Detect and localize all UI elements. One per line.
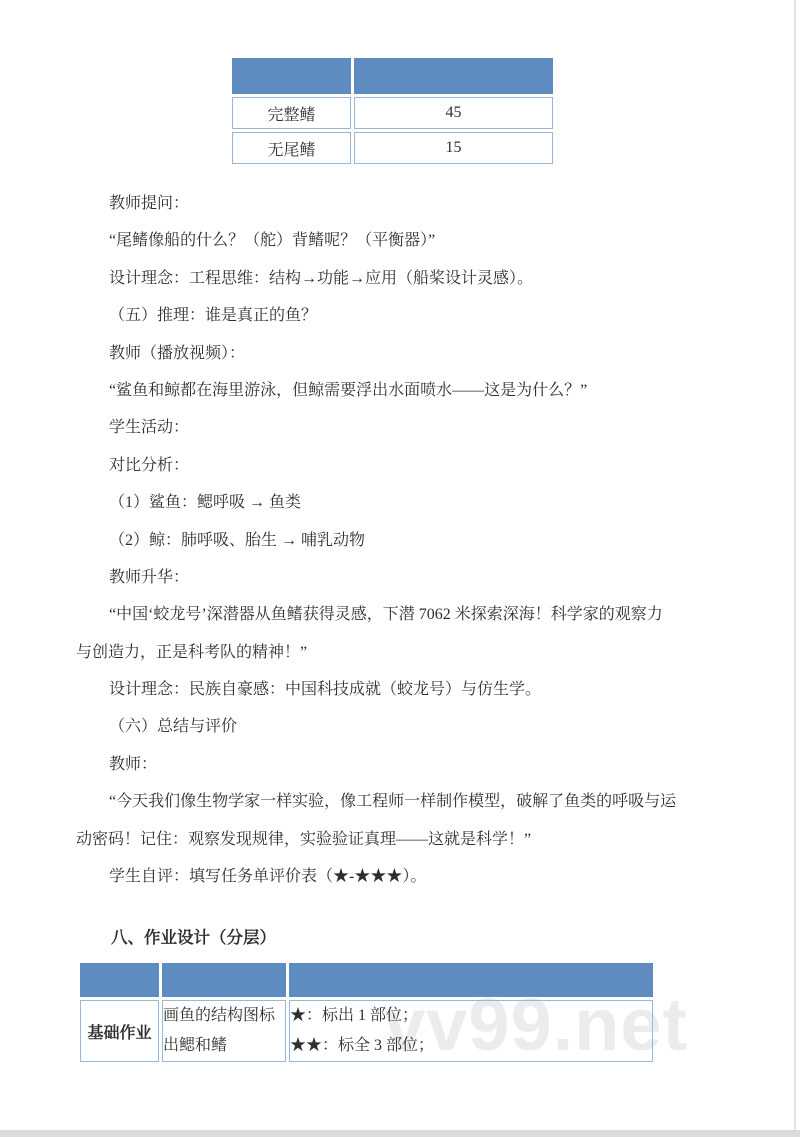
score-label-cell: 无尾鳍 xyxy=(232,132,351,164)
page-bottom-strip xyxy=(0,1130,800,1137)
body-line: 教师提问： xyxy=(76,185,728,222)
homework-criteria-line: ★★：标全 3 部位； xyxy=(290,1031,652,1061)
homework-table: 基础作业 画鱼的结构图标 出鳃和鳍 ★：标出 1 部位； ★★：标全 3 部位； xyxy=(77,960,656,1065)
body-line: 动密码！记住：观察发现规律，实验验证真理——这就是科学！” xyxy=(76,821,728,858)
page-edge-line xyxy=(794,0,796,1130)
body-line: （五）推理：谁是真正的鱼？ xyxy=(76,297,728,334)
score-table-header-row xyxy=(232,58,553,94)
body-line: 教师（播放视频）： xyxy=(76,335,728,372)
homework-task-line: 画鱼的结构图标 xyxy=(163,1001,285,1031)
homework-table-header-cell xyxy=(162,963,286,997)
document-page: { "watermark": { "text": "vv99.net" }, "… xyxy=(0,0,800,1137)
body-line: 学生活动： xyxy=(76,409,728,446)
body-line: 对比分析： xyxy=(76,447,728,484)
body-line: 设计理念：民族自豪感：中国科技成就（蛟龙号）与仿生学。 xyxy=(76,671,728,708)
homework-table-header-row xyxy=(80,963,653,997)
homework-table-header-cell xyxy=(80,963,159,997)
table-row: 无尾鳍 15 xyxy=(232,132,553,164)
document-body: 教师提问： “尾鳍像船的什么？（舵）背鳍呢？（平衡器）” 设计理念：工程思维：结… xyxy=(76,185,728,895)
score-label-cell: 完整鳍 xyxy=(232,97,351,129)
section-heading-homework: 八、作业设计（分层） xyxy=(76,926,728,950)
body-line: 学生自评：填写任务单评价表（★-★★★）。 xyxy=(76,858,728,895)
body-line: 设计理念：工程思维：结构→功能→应用（船桨设计灵感）。 xyxy=(76,260,728,297)
homework-level-cell: 基础作业 xyxy=(80,1000,159,1062)
score-value-cell: 15 xyxy=(354,132,553,164)
body-line: （六）总结与评价 xyxy=(76,708,728,745)
body-line: 教师： xyxy=(76,746,728,783)
homework-task-cell: 画鱼的结构图标 出鳃和鳍 xyxy=(162,1000,286,1062)
score-table-header-cell xyxy=(232,58,351,94)
body-line: “尾鳍像船的什么？（舵）背鳍呢？（平衡器）” xyxy=(76,222,728,259)
homework-table-header-cell xyxy=(289,963,653,997)
homework-criteria-line: ★：标出 1 部位； xyxy=(290,1001,652,1031)
body-line: “鲨鱼和鲸都在海里游泳，但鲸需要浮出水面喷水——这是为什么？” xyxy=(76,372,728,409)
body-line: “今天我们像生物学家一样实验，像工程师一样制作模型，破解了鱼类的呼吸与运 xyxy=(76,783,728,820)
score-table-header-cell xyxy=(354,58,553,94)
homework-task-line: 出鳃和鳍 xyxy=(163,1031,285,1061)
homework-criteria-cell: ★：标出 1 部位； ★★：标全 3 部位； xyxy=(289,1000,653,1062)
body-line: （1）鲨鱼：鳃呼吸 → 鱼类 xyxy=(76,484,728,521)
table-row: 完整鳍 45 xyxy=(232,97,553,129)
body-line: 与创造力，正是科考队的精神！” xyxy=(76,634,728,671)
body-line: 教师升华： xyxy=(76,559,728,596)
body-line: “中国‘蛟龙号’深潜器从鱼鳍获得灵感，下潜 7062 米探索深海！科学家的观察力 xyxy=(76,596,728,633)
table-row: 基础作业 画鱼的结构图标 出鳃和鳍 ★：标出 1 部位； ★★：标全 3 部位； xyxy=(80,1000,653,1062)
body-line: （2）鲸：肺呼吸、胎生 → 哺乳动物 xyxy=(76,522,728,559)
score-value-cell: 45 xyxy=(354,97,553,129)
score-table: 完整鳍 45 无尾鳍 15 xyxy=(229,55,556,167)
